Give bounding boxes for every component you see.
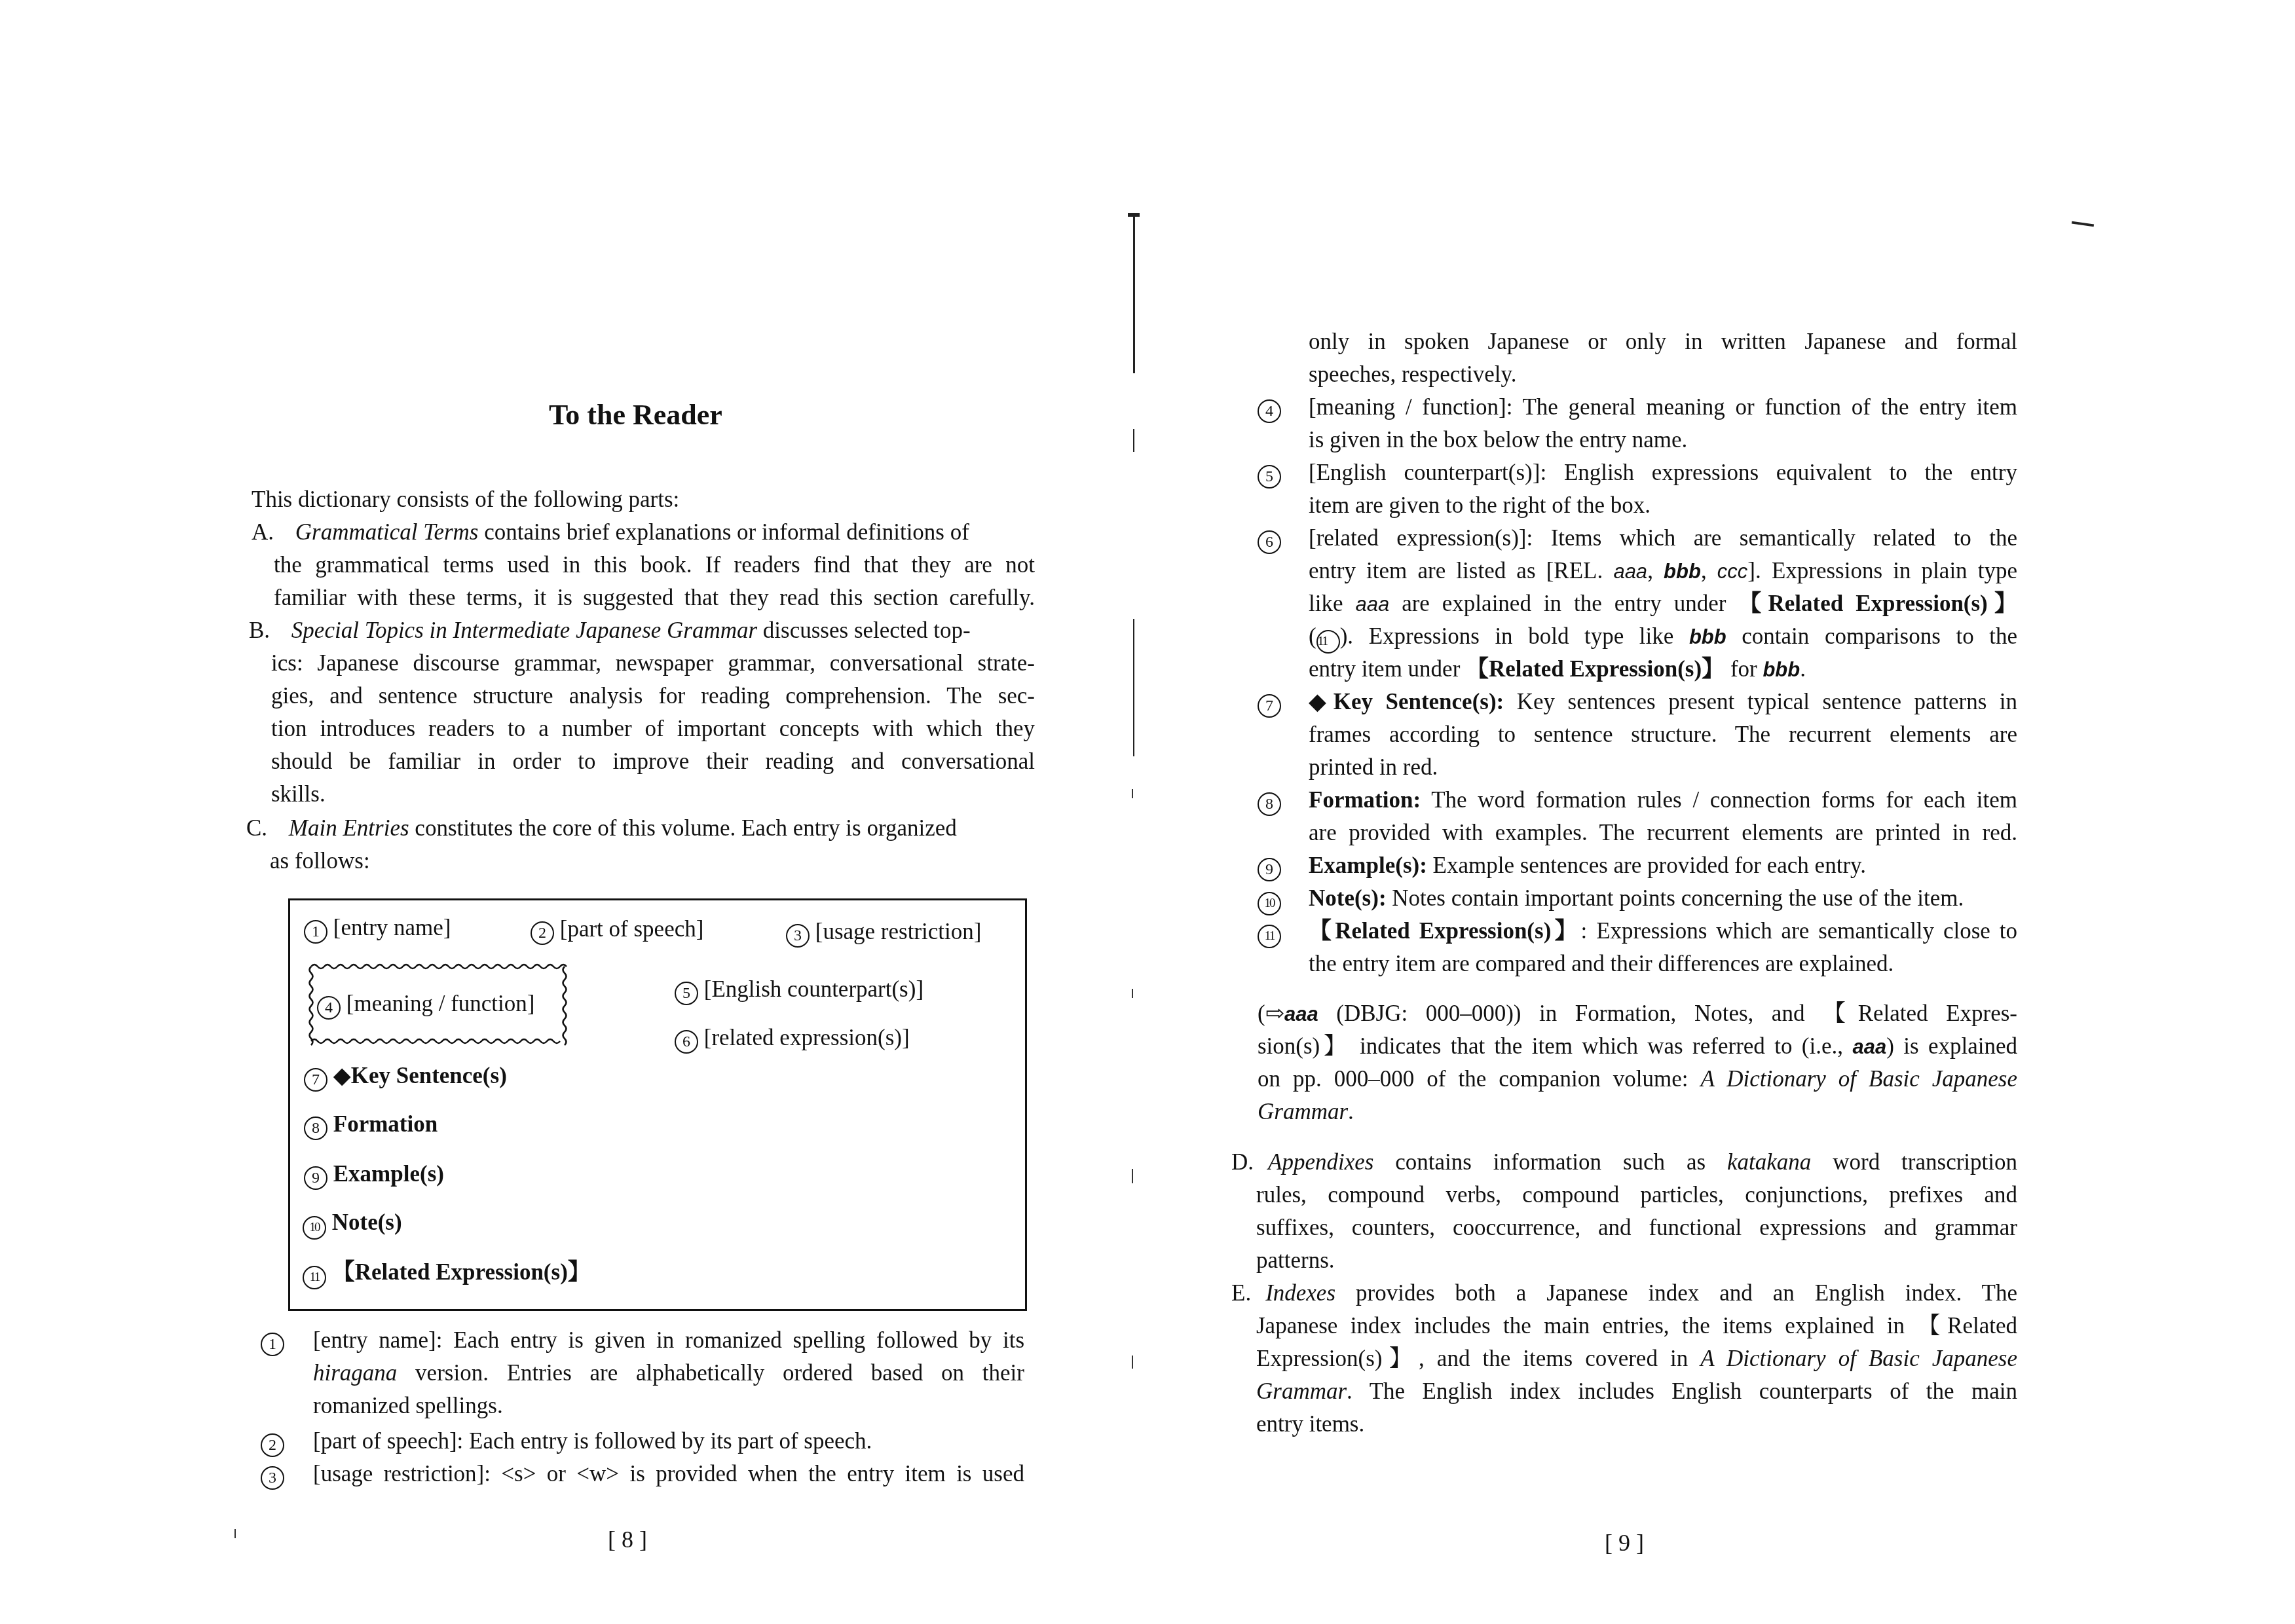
circled-number-icon: 9 <box>304 1166 327 1190</box>
box-item-notes: 10 Note(s) <box>303 1206 402 1240</box>
box-item-part-of-speech: 2 [part of speech] <box>531 913 703 946</box>
note-6: 6 <box>1258 522 1281 555</box>
note-7-line: frames according to sentence structure. … <box>1309 718 2017 751</box>
section-a: A. Grammatical Terms contains brief expl… <box>252 516 1035 549</box>
box-item-formation: 8 Formation <box>304 1108 438 1141</box>
continuation-line: speeches, respectively. <box>1309 358 1516 391</box>
circled-number-icon: 8 <box>304 1116 327 1140</box>
note-11-line: the entry item are compared and their di… <box>1309 948 1894 980</box>
section-b-line: gies, and sentence structure analysis fo… <box>271 680 1035 712</box>
circled-number-icon: 2 <box>531 921 554 945</box>
circled-number-icon: 7 <box>304 1068 327 1092</box>
section-b-line: should be familiar in order to improve t… <box>271 745 1035 778</box>
circled-number-icon: 6 <box>1258 530 1281 554</box>
circled-number-icon: 8 <box>1258 792 1281 816</box>
section-b-label: B. <box>249 618 270 643</box>
note-1-line: romanized spellings. <box>313 1390 503 1422</box>
arrow-icon: (⇨ <box>1258 1001 1284 1026</box>
section-b-title: Special Topics in Intermediate Japanese … <box>291 618 757 643</box>
note-1-line: hiragana version. Entries are alphabetic… <box>313 1357 1024 1390</box>
intro-text: This dictionary consists of the followin… <box>252 483 679 516</box>
note-1-line: [entry name]: Each entry is given in rom… <box>313 1324 1024 1357</box>
box-item-related-expressions-heading: 11 【Related Expression(s)】 <box>303 1256 591 1289</box>
note-9: 9 <box>1258 849 1281 882</box>
section-d-line: patterns. <box>1256 1244 1335 1277</box>
note-6-line: entry item under 【Related Expression(s)】… <box>1309 653 1806 686</box>
section-a-title: Grammatical Terms <box>295 519 479 545</box>
page-title: To the Reader <box>549 398 722 432</box>
entry-layout-box <box>288 898 1027 1311</box>
circled-number-icon: 10 <box>303 1216 326 1240</box>
note-11: 11 <box>1258 915 1281 948</box>
section-c-title: Main Entries <box>289 815 409 841</box>
circled-number-icon: 10 <box>1258 892 1281 915</box>
box-item-related-expressions: 6 [related expression(s)] <box>675 1022 910 1054</box>
section-e-line: Expression(s)】, and the items covered in… <box>1256 1342 2017 1375</box>
scan-speck <box>1132 1356 1133 1369</box>
circled-number-icon: 9 <box>1258 858 1281 881</box>
circled-number-icon: 4 <box>317 996 341 1020</box>
note-5: 5 <box>1258 456 1281 489</box>
box-item-usage-restriction: 3 [usage restriction] <box>786 915 981 948</box>
section-e: E.Indexes provides both a Japanese index… <box>1231 1277 2017 1310</box>
note-5-line: item are given to the right of the box. <box>1309 489 1651 522</box>
section-a-label: A. <box>252 519 274 545</box>
circled-number-icon: 11 <box>1258 925 1281 948</box>
circled-number-icon: 3 <box>261 1466 284 1490</box>
gutter-line-top <box>1133 216 1135 373</box>
section-c-line: as follows: <box>270 845 370 877</box>
box-item-english-counterparts: 5 [English counterpart(s)] <box>675 973 924 1006</box>
note-5-line: [English counterpart(s)]: English expres… <box>1309 456 2017 489</box>
note-6-line: like aaa are explained in the entry unde… <box>1309 587 2017 621</box>
scan-speck <box>1132 989 1133 998</box>
reference-note-line: sion(s)】 indicates that the item which w… <box>1258 1030 2017 1063</box>
note-4-line: is given in the box below the entry name… <box>1309 424 1687 456</box>
section-b: B. Special Topics in Intermediate Japane… <box>249 614 971 647</box>
gutter-line-mid <box>1133 429 1134 452</box>
circled-number-icon: 5 <box>675 982 698 1005</box>
note-9-line: Example(s): Example sentences are provid… <box>1309 849 1866 882</box>
section-d-line: suffixes, counters, cooccurrence, and fu… <box>1256 1211 2017 1244</box>
circled-number-icon: 3 <box>786 924 810 948</box>
scan-speck <box>234 1529 236 1538</box>
circled-number-icon: 11 <box>1316 630 1340 654</box>
note-10: 10 <box>1258 882 1281 915</box>
reference-note-line: on pp. 000–000 of the companion volume: … <box>1258 1063 2017 1096</box>
note-4: 4 <box>1258 391 1281 424</box>
note-8: 8 <box>1258 784 1281 817</box>
circled-number-icon: 7 <box>1258 694 1281 718</box>
box-item-entry-name: 1 [entry name] <box>304 912 451 944</box>
note-8-line: are provided with examples. The recurren… <box>1309 817 2017 849</box>
continuation-line: only in spoken Japanese or only in writt… <box>1309 325 2017 358</box>
page-number-right: [ 9 ] <box>1605 1529 1644 1557</box>
corner-mark <box>2072 221 2094 227</box>
section-b-line: tion introduces readers to a number of i… <box>271 712 1035 745</box>
note-2-line: [part of speech]: Each entry is followed… <box>313 1425 872 1458</box>
note-7-line: printed in red. <box>1309 751 1438 784</box>
section-a-line: the grammatical terms used in this book.… <box>274 549 1035 581</box>
section-e-line: Grammar. The English index includes Engl… <box>1256 1375 2017 1408</box>
note-6-line: entry item are listed as [REL. aaa, bbb,… <box>1309 555 2017 588</box>
gutter-mark <box>1128 213 1140 217</box>
note-7-line: ◆Key Sentence(s): Key sentences present … <box>1309 686 2017 718</box>
scan-speck <box>1132 789 1133 798</box>
note-3: 3 <box>261 1458 284 1490</box>
box-item-examples: 9 Example(s) <box>304 1158 444 1190</box>
reference-note-line: Grammar. <box>1258 1096 1354 1128</box>
page-number-left: [ 8 ] <box>608 1526 647 1553</box>
circled-number-icon: 1 <box>261 1333 284 1356</box>
section-c: C. Main Entries constitutes the core of … <box>246 812 957 845</box>
note-6-line: [related expression(s)]: Items which are… <box>1309 522 2017 555</box>
circled-number-icon: 11 <box>303 1266 326 1289</box>
note-6-line: (11). Expressions in bold type like bbb … <box>1309 620 2017 654</box>
note-8-line: Formation: The word formation rules / co… <box>1309 784 2017 817</box>
box-item-key-sentences: 7 ◆Key Sentence(s) <box>304 1060 507 1092</box>
box-item-meaning-function: 4 [meaning / function] <box>317 987 534 1020</box>
gutter-line-lower <box>1133 619 1134 756</box>
section-b-line: ics: Japanese discourse grammar, newspap… <box>271 647 1035 680</box>
section-d: D.Appendixes contains information such a… <box>1231 1146 2017 1179</box>
note-11-line: 【Related Expression(s)】: Expressions whi… <box>1309 915 2017 948</box>
circled-number-icon: 1 <box>304 920 327 944</box>
circled-number-icon: 2 <box>261 1433 284 1457</box>
section-e-line: entry items. <box>1256 1408 1364 1441</box>
circled-number-icon: 4 <box>1258 399 1281 423</box>
note-3-line: [usage restriction]: <s> or <w> is provi… <box>313 1458 1024 1490</box>
section-b-line: skills. <box>271 778 326 811</box>
section-a-line: familiar with these terms, it is suggest… <box>274 581 1035 614</box>
circled-number-icon: 5 <box>1258 465 1281 489</box>
circled-number-icon: 6 <box>675 1030 698 1054</box>
note-4-line: [meaning / function]: The general meanin… <box>1309 391 2017 424</box>
scan-speck <box>1132 1169 1133 1183</box>
note-10-line: Note(s): Notes contain important points … <box>1309 882 1964 915</box>
section-e-line: Japanese index includes the main entries… <box>1256 1310 2017 1342</box>
note-2: 2 <box>261 1425 284 1458</box>
section-d-line: rules, compound verbs, compound particle… <box>1256 1179 2017 1211</box>
note-7: 7 <box>1258 686 1281 718</box>
reference-note-line: (⇨aaa (DBJG: 000–000)) in Formation, Not… <box>1258 997 2017 1031</box>
section-c-label: C. <box>246 815 267 841</box>
